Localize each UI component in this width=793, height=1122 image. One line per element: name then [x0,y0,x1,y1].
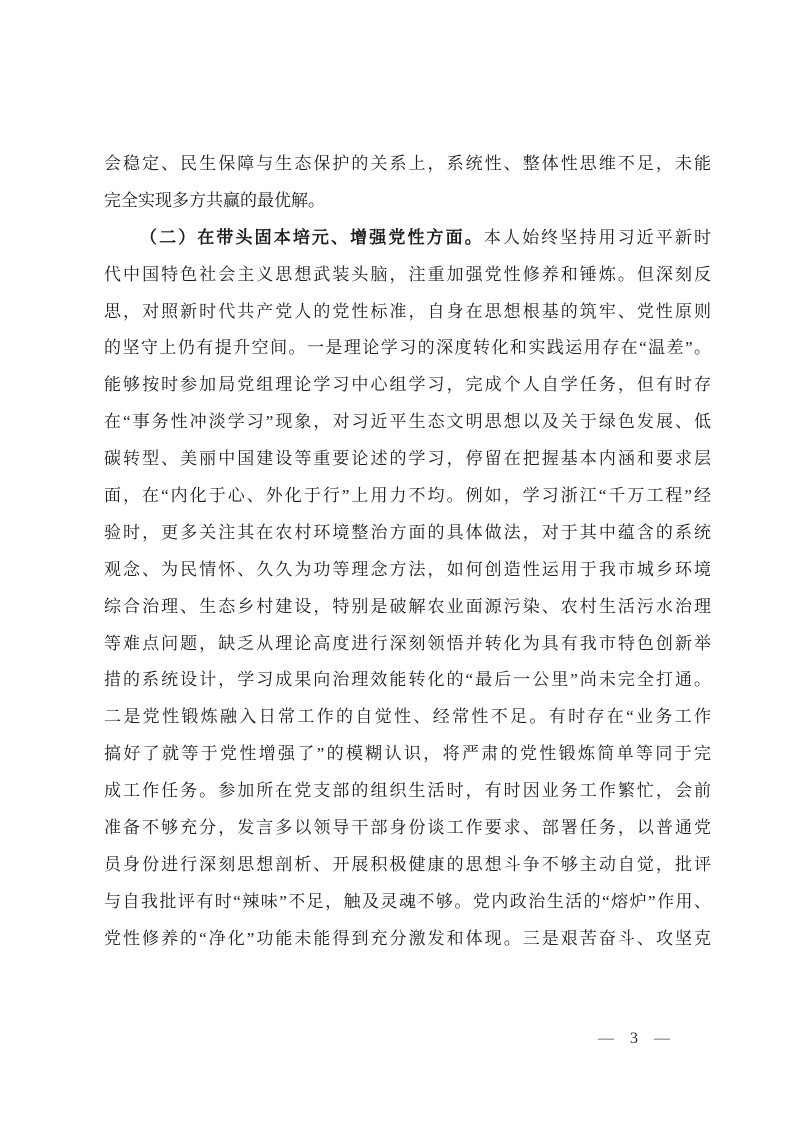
text-line: 员身份进行深刻思想剖析、开展积极健康的思想斗争不够主动自觉，批评 [104,847,711,884]
text-line: 等难点问题，缺乏从理论高度进行深刻领悟并转化为具有我市特色创新举 [104,626,711,663]
text-line: 准备不够充分，发言多以领导干部身份谈工作要求、部署任务，以普通党 [104,810,711,847]
text-line: 验时，更多关注其在农村环境整治方面的具体做法，对于其中蕴含的系统 [104,515,711,552]
text-line: 党性修养的“净化”功能未能得到充分激发和体现。三是艰苦奋斗、攻坚克 [104,921,711,958]
document-page: 会稳定、民生保障与生态保护的关系上，系统性、整体性思维不足，未能完全实现多方共赢… [0,0,793,1122]
text-line: 二是党性锻炼融入日常工作的自觉性、经常性不足。有时存在“业务工作 [104,699,711,736]
text-line: 成工作任务。参加所在党支部的组织生活时，有时因业务工作繁忙，会前 [104,773,711,810]
text-line: （二）在带头固本培元、增强党性方面。本人始终坚持用习近平新时 [104,220,711,257]
text-line: 思，对照新时代共产党人的党性标准，自身在思想根基的筑牢、党性原则 [104,294,711,331]
text-line: 在“事务性冲淡学习”现象，对习近平生态文明思想以及关于绿色发展、低 [104,404,711,441]
text-line: 观念、为民情怀、久久为功等理念方法，如何创造性运用于我市城乡环境 [104,552,711,589]
text-line: 会稳定、民生保障与生态保护的关系上，系统性、整体性思维不足，未能 [104,146,711,183]
text-line: 能够按时参加局党组理论学习中心组学习，完成个人自学任务，但有时存 [104,367,711,404]
text-line: 措的系统设计，学习成果向治理效能转化的“最后一公里”尚未完全打通。 [104,662,711,699]
text-line: 的坚守上仍有提升空间。一是理论学习的深度转化和实践运用存在“温差”。 [104,330,711,367]
footer-dash-right: — [654,1030,670,1048]
footer-dash-left: — [598,1030,614,1048]
page-number: 3 [630,1030,638,1048]
text-line: 碳转型、美丽中国建设等重要论述的学习，停留在把握基本内涵和要求层 [104,441,711,478]
text-line: 与自我批评有时“辣味”不足，触及灵魂不够。党内政治生活的“熔炉”作用、 [104,884,711,921]
text-line: 面，在“内化于心、外化于行”上用力不均。例如，学习浙江“千万工程”经 [104,478,711,515]
text-line: 完全实现多方共赢的最优解。 [104,183,711,220]
text-line: 代中国特色社会主义思想武装头脑，注重加强党性修养和锤炼。但深刻反 [104,257,711,294]
text-line: 搞好了就等于党性增强了”的模糊认识，将严肃的党性锻炼简单等同于完 [104,736,711,773]
text-line: 综合治理、生态乡村建设，特别是破解农业面源污染、农村生活污水治理 [104,589,711,626]
page-footer: — 3 — [598,1030,670,1048]
section-heading: （二）在带头固本培元、增强党性方面。 [140,228,484,247]
document-body: 会稳定、民生保障与生态保护的关系上，系统性、整体性思维不足，未能完全实现多方共赢… [104,146,711,958]
